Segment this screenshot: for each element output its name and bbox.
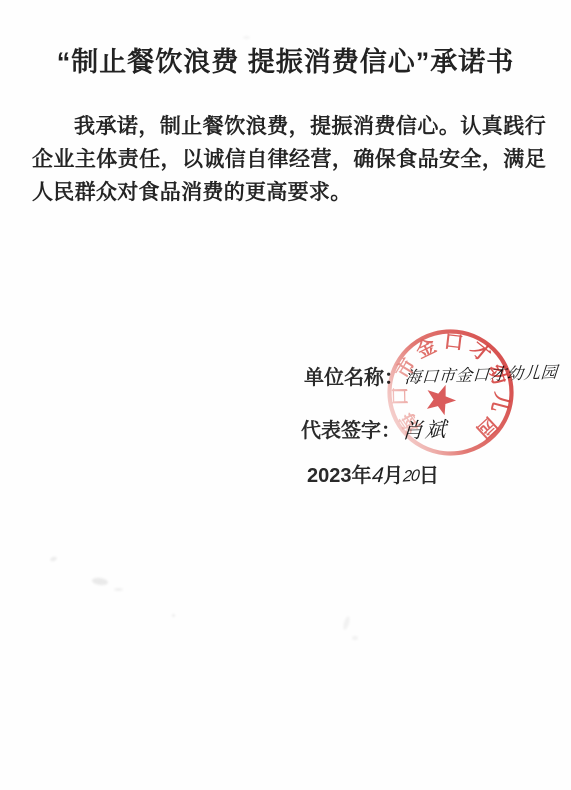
date-day-value-handwritten: 20	[403, 467, 420, 486]
scan-smudge	[114, 588, 123, 591]
date-day-label: 日	[419, 465, 439, 487]
representative-signature-value-handwritten: 肖斌	[401, 413, 449, 445]
scan-smudge	[172, 614, 175, 617]
unit-name-line: 单位名称：海口市金口才幼儿园	[304, 361, 557, 390]
representative-signature-label: 代表签字：	[301, 420, 401, 442]
date-line: 2023年4月20日	[307, 459, 439, 488]
unit-name-value-handwritten: 海口市金口才幼儿园	[404, 359, 559, 388]
scan-smudge	[243, 36, 250, 39]
unit-name-label: 单位名称：	[304, 367, 404, 389]
representative-signature-line: 代表签字：肖斌	[301, 414, 447, 445]
date-month-label: 月	[383, 465, 403, 487]
scan-smudge	[352, 636, 358, 640]
date-month-value-handwritten: 4	[371, 464, 384, 489]
date-year: 2023年	[307, 465, 372, 487]
pledge-body-paragraph: 我承诺，制止餐饮浪费，提振消费信心。认真践行企业主体责任，以诚信自律经营，确保食…	[32, 110, 546, 209]
scanned-pledge-document: “制止餐饮浪费 提振消费信心”承诺书 我承诺，制止餐饮浪费，提振消费信心。认真践…	[0, 0, 571, 790]
scan-smudge	[92, 577, 109, 586]
pledge-title: “制止餐饮浪费 提振消费信心”承诺书	[0, 40, 571, 79]
scan-smudge	[342, 616, 351, 631]
scan-smudge	[50, 556, 58, 562]
